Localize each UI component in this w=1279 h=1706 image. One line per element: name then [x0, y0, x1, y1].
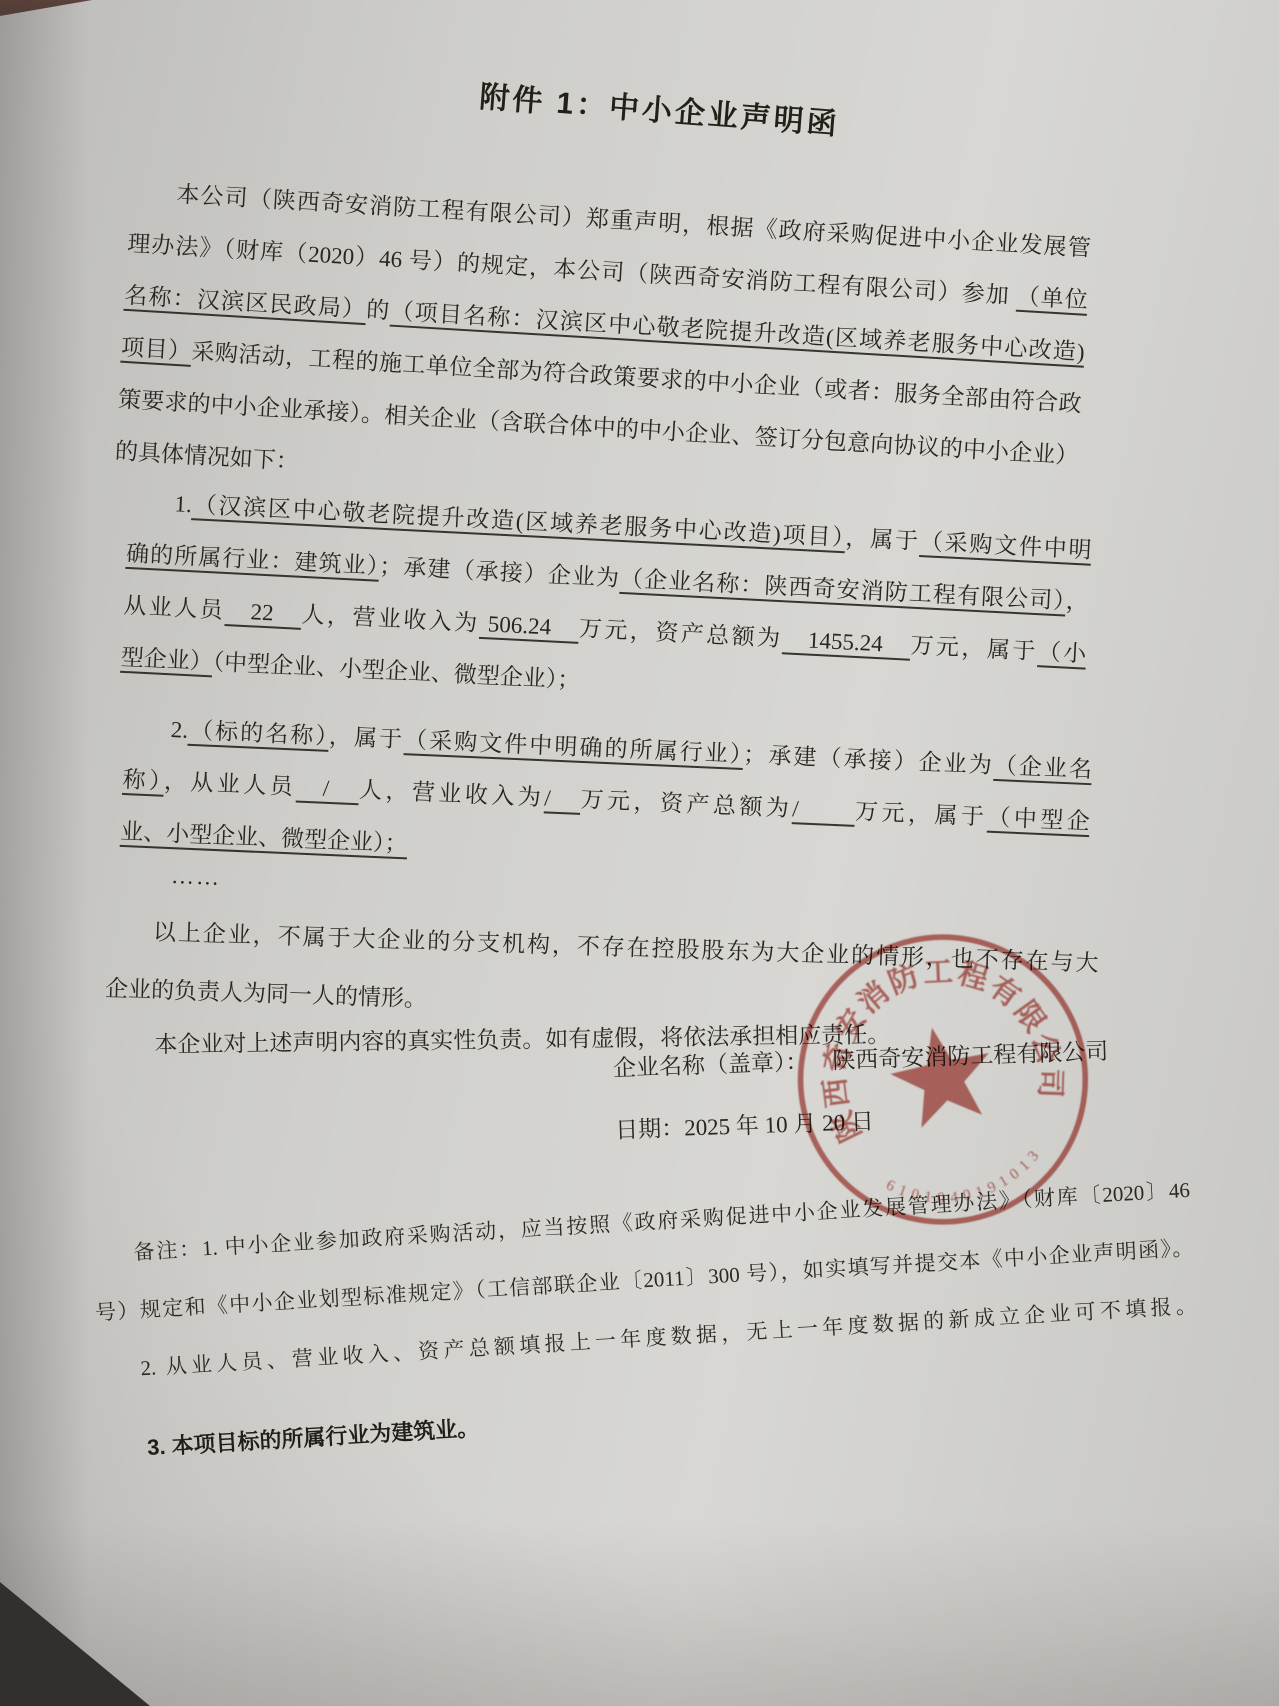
filled-blank: 名称：汉滨区民政局）: [124, 283, 367, 322]
svg-text:西: 西: [818, 1076, 854, 1109]
text-run: 万元，属于: [910, 633, 1038, 664]
filled-blank: /: [296, 775, 360, 803]
photo-frame: 附件 1：中小企业声明函 本公司（陕西奇安消防工程有限公司）郑重声明，根据《政府…: [0, 0, 1279, 1706]
text-run: ，从业人员: [164, 769, 297, 800]
svg-text:陕: 陕: [825, 1105, 868, 1146]
page-title: 附件 1：中小企业声明函: [478, 81, 840, 142]
text-run: ；承建（承接）企业为: [743, 742, 995, 778]
svg-text:1: 1: [896, 1182, 910, 1201]
filled-blank: （单位: [1016, 284, 1089, 313]
text-run: 企业的负责人为同一人的情形。: [105, 976, 428, 1012]
text-run: 万元，属于: [855, 799, 988, 830]
text-run: ，属于: [845, 525, 921, 554]
seal-star: [883, 1017, 1001, 1131]
svg-text:奇: 奇: [819, 1040, 857, 1076]
svg-text:防: 防: [884, 959, 924, 1001]
text-run: 人，营业收入为: [301, 602, 480, 636]
svg-text:0: 0: [937, 1189, 946, 1206]
document-content: 附件 1：中小企业声明函 本公司（陕西奇安消防工程有限公司）郑重声明，根据《政府…: [0, 0, 1279, 1706]
filled-blank: （标的名称）: [188, 718, 330, 749]
filled-blank: 型企业）: [120, 645, 213, 675]
filled-blank: 22: [225, 598, 303, 627]
text-run: ；承建（承接）企业为: [379, 554, 621, 591]
filled-blank: 1455.24: [782, 626, 911, 657]
filled-blank: （采购文件中明: [919, 529, 1092, 563]
filled-blank: 项目）: [120, 335, 192, 364]
filled-blank: （中型企: [987, 805, 1090, 834]
declaration-paragraph: 本公司（陕西奇安消防工程有限公司）郑重声明，根据《政府采购促进中小企业发展管 理…: [113, 166, 1092, 535]
text-run: 从业人员: [123, 593, 226, 623]
svg-text:4: 4: [949, 1189, 959, 1207]
text-run: 万元，资产总额为: [578, 616, 783, 651]
svg-text:1: 1: [923, 1188, 934, 1206]
svg-text:0: 0: [909, 1186, 921, 1205]
filled-blank: /: [792, 796, 856, 824]
filled-blank: 确的所属行业：建筑业）: [125, 541, 380, 579]
filled-blank: （企业名称：陕西奇安消防工程有限公司）: [619, 566, 1066, 614]
svg-text:6: 6: [883, 1176, 898, 1195]
text-run: 的: [366, 297, 392, 323]
svg-text:1: 1: [973, 1183, 987, 1202]
text-run: 的具体情况如下：: [114, 439, 299, 475]
text-run: 1.: [174, 491, 192, 517]
svg-text:公: 公: [1025, 1030, 1064, 1068]
text-run: ，属于: [328, 724, 404, 752]
text-run: ，: [1065, 589, 1089, 615]
filled-blank: /: [544, 785, 581, 812]
filled-blank: （小: [1037, 639, 1087, 666]
company-seal: 陕西奇安消防工程有限公司 6101040191013: [762, 897, 1124, 1259]
text-run: 万元，资产总额为: [580, 787, 793, 821]
seal-number-text: 6101040191013: [881, 1145, 1050, 1221]
document-title: 附件 1：中小企业声明函: [0, 35, 1279, 185]
text-run: （中型企业、小型企业、微型企业）；: [212, 649, 581, 693]
filled-blank: （企业名: [993, 753, 1092, 782]
filled-blank: （采购文件中明确的所属行业）: [404, 727, 744, 767]
text-run: 2.: [170, 717, 188, 743]
text-run: ……: [171, 863, 222, 890]
filled-blank: 506.24: [479, 611, 580, 641]
svg-text:司: 司: [1033, 1068, 1067, 1099]
svg-text:工: 工: [923, 956, 954, 989]
filled-blank: 业、小型企业、微型企业）；: [120, 819, 408, 857]
text-run: 3. 本项目标的所属行业为建筑业。: [146, 1415, 479, 1460]
signature-company-label: 企业名称（盖章）：: [613, 1049, 809, 1081]
text-run: 人，营业收入为: [359, 777, 545, 810]
svg-text:0: 0: [962, 1186, 974, 1204]
filled-blank: 称）: [122, 767, 165, 794]
